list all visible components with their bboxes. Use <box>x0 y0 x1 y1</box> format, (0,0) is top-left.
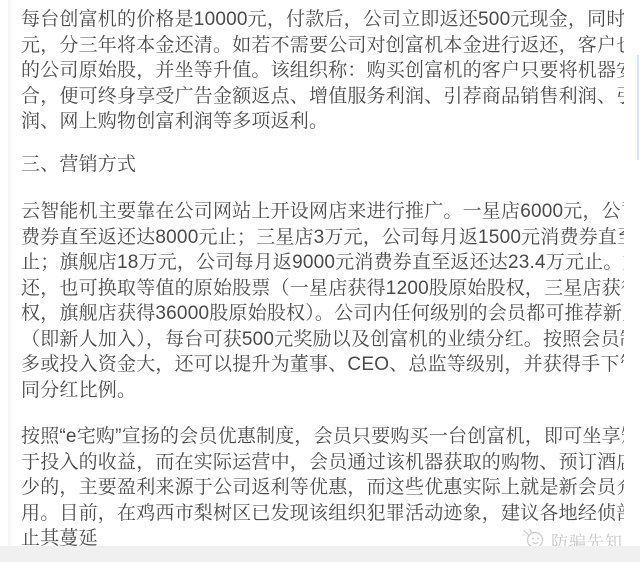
text-line: 还，也可换取等值的原始股票（一星店获得1200股原始股权，三星店获得6000股原… <box>21 276 624 302</box>
text-line: 同分红比例。 <box>21 378 624 404</box>
paragraph-marketing: 云智能机主要靠在公司网站上开设网店来进行推广。一星店6000元，公司每月返300… <box>21 199 624 403</box>
text-line: 费券直至返还达8000元止；三星店3万元，公司每月返1500元消费券直至返还达3… <box>21 225 624 251</box>
text-line: 少的，主要盈利来源于公司返利等优惠，而这些优惠实际上就是新会员介入所缴纳的费 <box>21 475 624 501</box>
section-heading: 三、营销方式 <box>21 152 624 178</box>
article-body: 每台创富机的价格是10000元，付款后，公司立即返还500元现金，同时，每月返还… <box>21 7 624 552</box>
text-line: 按照“e宅购”宣扬的会员优惠制度，会员只要购买一台创富机，即可坐享短期内远远大 <box>21 424 624 450</box>
text-line: 合，便可终身享受广告金额返点、增值服务利润、引荐商品销售利润、引荐商家消费利 <box>21 84 624 110</box>
text-line: 用。目前，在鸡西市梨树区已发现该组织犯罪活动迹象，建议各地经侦部门密切关注，防 <box>21 501 624 527</box>
text-line: 于投入的收益，而在实际运营中，会员通过该机器获取的购物、预订酒店等消费盈利是很 <box>21 450 624 476</box>
text-line: 云智能机主要靠在公司网站上开设网店来进行推广。一星店6000元，公司每月返300… <box>21 199 624 225</box>
footer-strip <box>0 546 640 562</box>
text-line: （即新人加入），每台可获500元奖励以及创富机的业绩分红。按照会员制度，发展会员 <box>21 327 624 353</box>
left-edge-shadow <box>8 0 14 562</box>
text-line: 多或投入资金大，还可以提升为董事、CEO、总监等级别，并获得手下管理部门业绩的不 <box>21 352 624 378</box>
text-line: 润、网上购物创富利润等多项返利。 <box>21 109 624 135</box>
text-line: 止；旗舰店18万元，公司每月返9000元消费券直至返还达23.4万元止。如若不需… <box>21 250 624 276</box>
text-line: 元，分三年将本金还清。如若不需要公司对创富机本金进行返还，客户也可以获得2000… <box>21 33 624 59</box>
right-edge-artifact <box>637 55 639 160</box>
text-line: 的公司原始股，并坐等升值。该组织称：购买创富机的客户只要将机器安装在室内公共场 <box>21 58 624 84</box>
paragraph-intro: 每台创富机的价格是10000元，付款后，公司立即返还500元现金，同时，每月返还… <box>21 7 624 135</box>
text-line: 权，旗舰店获得36000股原始股权）。公司内任何级别的会员都可推荐新人购买创富机 <box>21 301 624 327</box>
text-line: 每台创富机的价格是10000元，付款后，公司立即返还500元现金，同时，每月返还… <box>21 7 624 33</box>
